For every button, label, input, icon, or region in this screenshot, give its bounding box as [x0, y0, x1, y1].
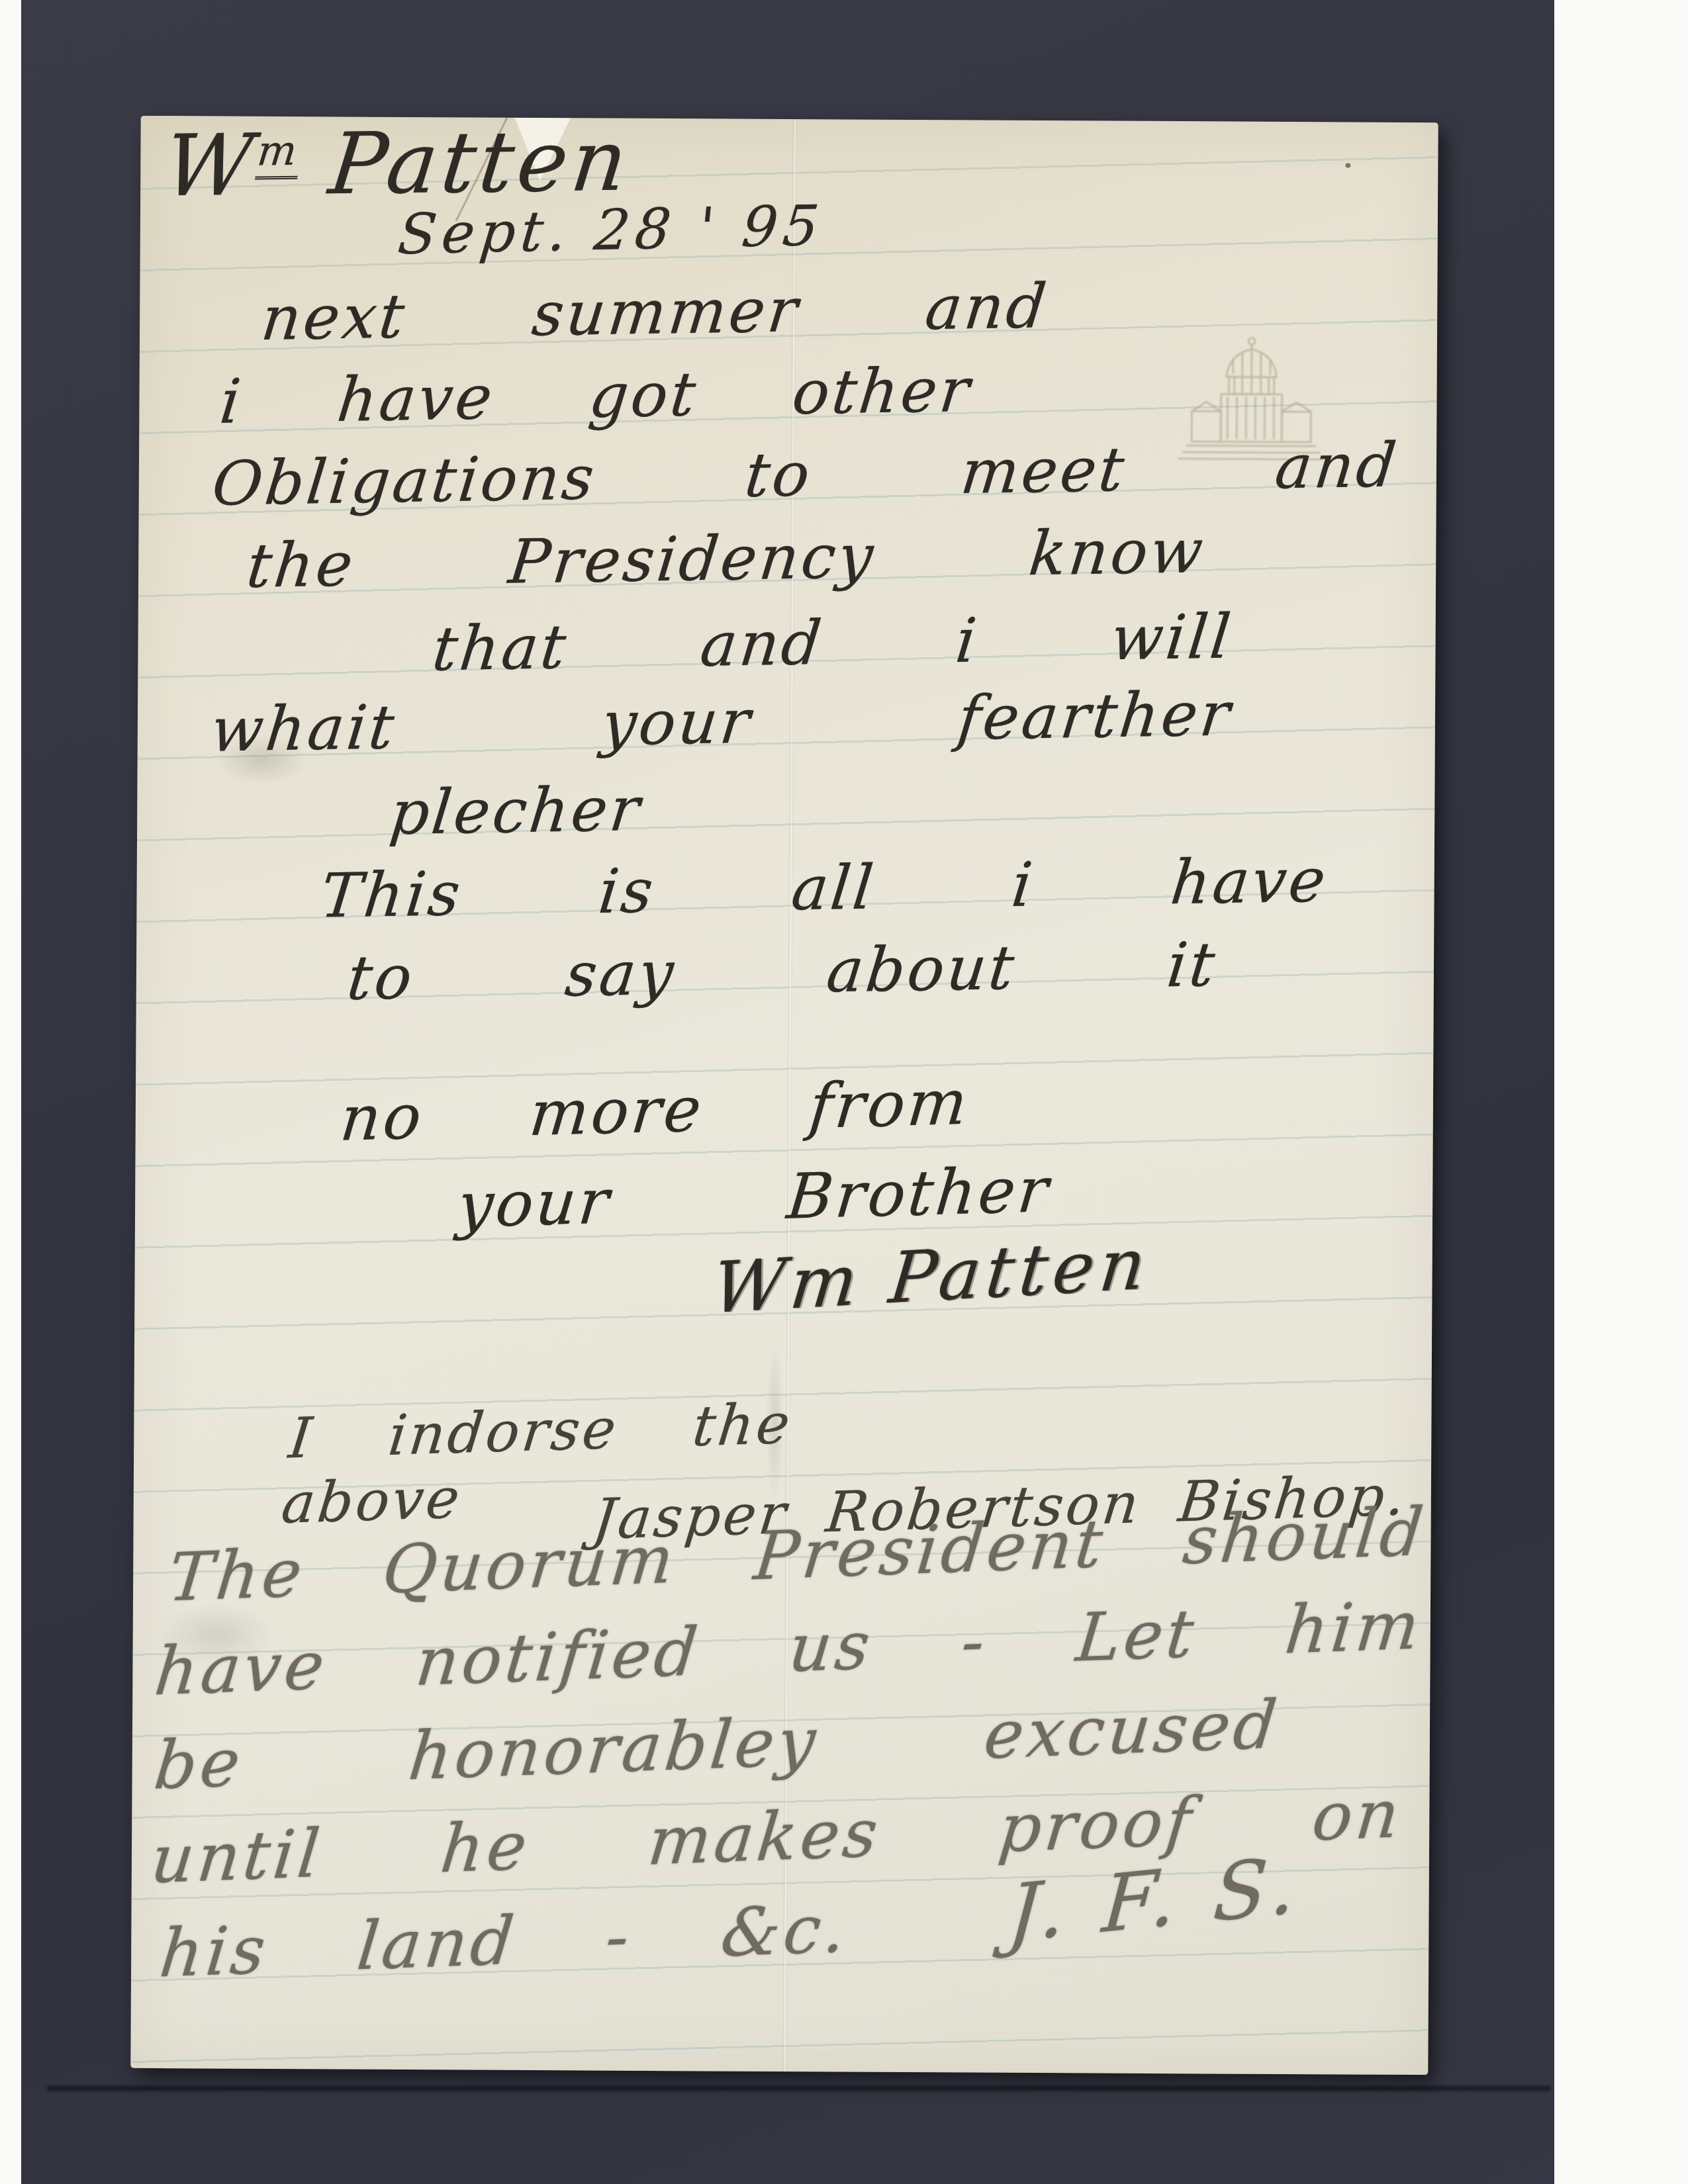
body-line-5: that and i will: [429, 601, 1236, 684]
mat-shadow-line: [48, 2086, 1550, 2091]
heading-name-initial: W: [160, 116, 261, 216]
body-line-1: next summer and: [258, 271, 1052, 354]
letter-paper: Wm Patten Sept. 28 ' 95 next summer and …: [130, 116, 1438, 2075]
heading-name-superscript: m: [255, 126, 304, 180]
body-line-4: the Presidency know: [244, 516, 1209, 602]
body-line-2: i have got other: [216, 355, 975, 437]
scanned-letter-photo: Wm Patten Sept. 28 ' 95 next summer and …: [0, 0, 1688, 2184]
scan-edge-right: [1554, 0, 1688, 2184]
body-line-7: plecher: [387, 774, 645, 848]
body-line-9: to say about it: [344, 929, 1221, 1014]
ink-speck: [1345, 163, 1350, 167]
heading-date: Sept. 28 ' 95: [395, 193, 827, 267]
scan-edge-left: [0, 0, 21, 2184]
